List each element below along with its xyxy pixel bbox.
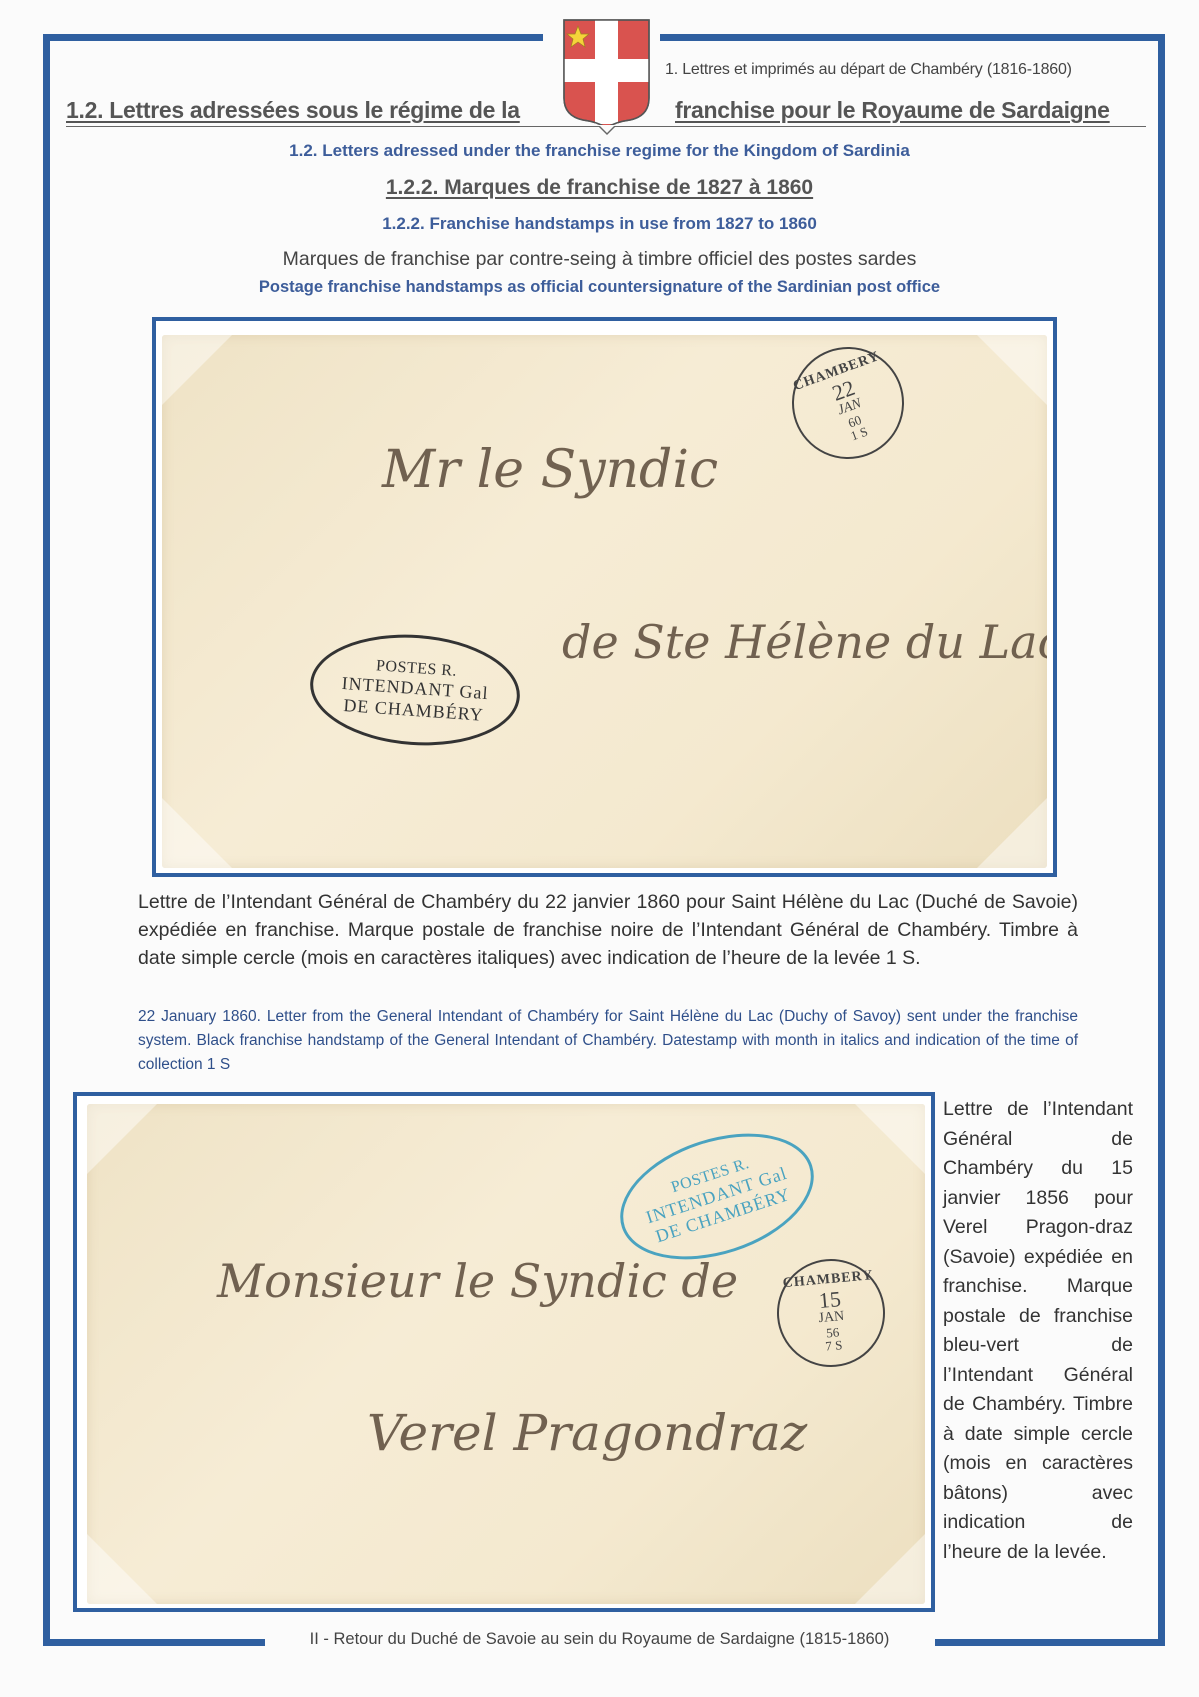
envelope-2-address-line2: Verel Pragondraz [367, 1404, 807, 1462]
section-title-english: 1.2.2. Franchise handstamps in use from … [0, 214, 1199, 234]
photo-corner [855, 1104, 925, 1174]
photo-corner [87, 1104, 157, 1174]
datestamp-day: 15 [818, 1287, 842, 1312]
franchise-handstamp-black: POSTES R. INTENDANT Gal DE CHAMBÉRY [306, 628, 523, 752]
caption-1-french: Lettre de l’Intendant Général de Chambér… [138, 888, 1078, 972]
datestamp-chambery-1860: CHAMBERY 22 JAN 60 1 S [776, 335, 920, 475]
datestamp-hour: 1 S [849, 425, 870, 444]
envelope-2-address-line1: Monsieur le Syndic de [217, 1254, 738, 1308]
savoy-shield-icon [560, 16, 653, 128]
page-frame-right [1158, 34, 1165, 1646]
photo-corner [87, 1534, 157, 1604]
page-title-left: 1.2. Lettres adressées sous le régime de… [66, 97, 520, 124]
chapter-label: 1. Lettres et imprimés au départ de Cham… [665, 61, 1072, 79]
caption-2-french: Lettre de l’Intendant Général de Chambér… [943, 1095, 1133, 1567]
page-title-right: franchise pour le Royaume de Sardaigne [675, 97, 1110, 124]
footer-series-title: II - Retour du Duché de Savoie au sein d… [0, 1630, 1199, 1649]
photo-corner [162, 335, 232, 405]
envelope-2-image: Monsieur le Syndic de Verel Pragondraz P… [87, 1104, 925, 1604]
datestamp-hour: 7 S [825, 1338, 843, 1353]
description-french: Marques de franchise par contre-seing à … [0, 248, 1199, 271]
caption-2-body: Lettre de l’Intendant Général de Chambér… [943, 1098, 1133, 1533]
subtitle-english: 1.2. Letters adressed under the franchis… [0, 141, 1199, 161]
envelope-1-address-line1: Mr le Syndic [382, 440, 718, 500]
title-rule-notch [598, 126, 616, 135]
photo-corner [977, 335, 1047, 405]
description-english: Postage franchise handstamps as official… [0, 278, 1199, 297]
photo-corner [162, 798, 232, 868]
page-frame-top-right [660, 34, 1165, 41]
envelope-1-image: Mr le Syndic de Ste Hélène du Lac POSTES… [162, 335, 1047, 868]
photo-corner [977, 798, 1047, 868]
page-frame-top-left [43, 34, 543, 41]
page-frame-left [43, 34, 50, 1646]
caption-2-last-line: l’heure de la levée. [943, 1538, 1133, 1568]
datestamp-chambery-1856: CHAMBERY 15 JAN 56 7 S [772, 1254, 889, 1371]
envelope-1-address-line2: de Ste Hélène du Lac [562, 615, 1047, 669]
caption-1-english: 22 January 1860. Letter from the General… [138, 1005, 1078, 1077]
photo-corner [855, 1534, 925, 1604]
section-title-french: 1.2.2. Marques de franchise de 1827 à 18… [0, 176, 1199, 200]
